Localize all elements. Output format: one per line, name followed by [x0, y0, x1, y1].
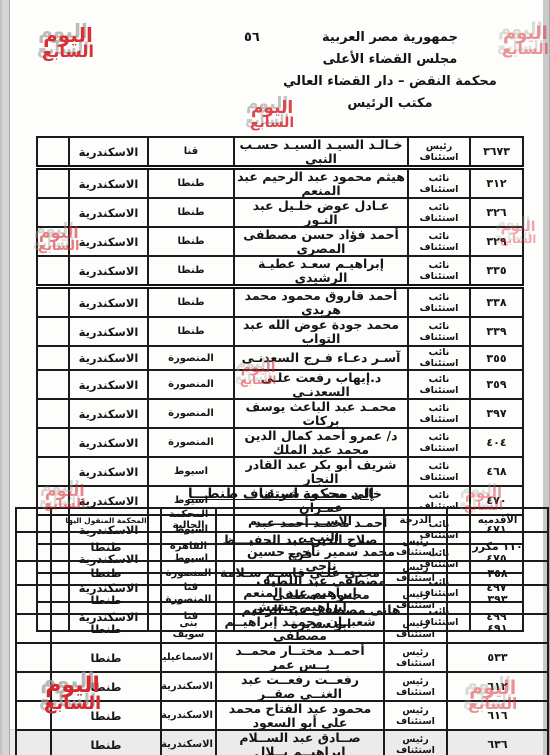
judge-name-cell: أحمد فؤاد حسن مصطفى المصرى: [234, 227, 408, 256]
transfer-to-cell: الاسكندرية: [69, 457, 148, 486]
transfer-to-cell: طنطا: [51, 672, 161, 701]
scanned-court-document: { "page": { "number": "٥٦" }, "header": …: [0, 0, 550, 755]
table-row: ٣٥٨ رئيس استئناف مجدى علـي قاسـم سـلامة …: [16, 561, 548, 585]
current-court-cell: الاسكندرية: [161, 730, 216, 755]
watermark-line1: اليوم: [502, 26, 549, 43]
watermark-line2: السابع: [502, 43, 549, 57]
scan-left-edge: [0, 0, 10, 755]
judge-name-cell: خـالـد السيـد السيـد حسـب النبي: [234, 137, 408, 168]
seniority-cell: ٣٣٨: [470, 287, 523, 318]
grade-cell: رئيس استئناف: [384, 585, 447, 614]
grade-cell: رئيس استئناف: [384, 532, 447, 561]
transfer-to-cell: الاسكندرية: [69, 370, 148, 399]
grade-cell: رئيس استئناف: [408, 137, 470, 168]
seniority-cell: ٣٦٧٣: [470, 137, 523, 168]
judge-name-cell: محمد جودة عوض الله عبد التواب: [234, 317, 408, 346]
seniority-cell: ٤٦٨: [470, 457, 523, 486]
table-row: ٣٣٥ نائب استئناف إبراهيـم سعـد عطيـة الر…: [37, 256, 523, 287]
transfer-to-cell: طنطا: [51, 701, 161, 730]
transfer-to-header: المحكمة المنقول اليها: [51, 508, 161, 532]
grade-cell: رئيس استئناف: [384, 614, 447, 643]
seniority-cell: ٦٣٦: [447, 730, 548, 755]
table-row: ٣٦٧٣ رئيس استئناف خـالـد السيـد السيـد ح…: [37, 137, 523, 168]
empty-cell: [37, 137, 69, 168]
grade-cell: نائب استئناف: [408, 399, 470, 428]
current-court-cell: الاسكندرية: [161, 672, 216, 701]
transfer-to-cell: الاسكندرية: [69, 287, 148, 318]
transfer-to-cell: الاسكندرية: [69, 428, 148, 457]
current-court-cell: طنطا: [148, 198, 234, 227]
current-court-cell: طنطا: [148, 287, 234, 318]
tanta-table-body: ١١٠ مكرر رئيس استئناف صلاح الدين عبد الح…: [16, 532, 548, 755]
judge-name-cell: شعبــان محمــد إبراهيــم مصطفى: [216, 614, 384, 643]
transfer-to-cell: الاسكندرية: [69, 168, 148, 199]
empty-cell: [16, 532, 51, 561]
current-court-cell: المنصورة: [161, 585, 216, 614]
judge-name-cell: محمـد عبد الباعث يوسف بركات: [234, 399, 408, 428]
judge-name-cell: إبراهيـم سعـد عطيـة الرشيدى: [234, 256, 408, 287]
transfer-to-cell: الاسكندرية: [69, 399, 148, 428]
tanta-section-title: إلى محكمة استئناف طنطـــا: [15, 486, 547, 502]
seniority-cell: ٦١٢: [447, 672, 548, 701]
table-row: ٣٩٧ نائب استئناف محمـد عبد الباعث يوسف ب…: [37, 399, 523, 428]
table-row: ٣٣٩ نائب استئناف محمد جودة عوض الله عبد …: [37, 317, 523, 346]
grade-cell: نائب استئناف: [408, 198, 470, 227]
table-row: ٣٢٦ نائب استئناف عـادل عوض خلـيل عبد الن…: [37, 198, 523, 227]
seniority-cell: ٣٣٥: [470, 256, 523, 287]
seniority-cell: ٣٣٩: [470, 317, 523, 346]
table-row: ٥٣٣ رئيس استئناف أحمــد مختــار محمــد ي…: [16, 643, 548, 672]
grade-cell: رئيس استئناف: [384, 730, 447, 755]
table-row: ١١٠ مكرر رئيس استئناف صلاح الدين عبد الح…: [16, 532, 548, 561]
judge-name-cell: أحمــد مختــار محمــد يــس عمر: [216, 643, 384, 672]
table-row: ٦١٢ رئيس استئناف رفعــت رفعــت عبد الغنـ…: [16, 672, 548, 701]
table-row: ٣١٢ نائب استئناف هيثم محمود عبد الرحيم ع…: [37, 168, 523, 199]
grade-cell: نائب استئناف: [408, 168, 470, 199]
empty-cell: [37, 457, 69, 486]
grade-cell: رئيس استئناف: [384, 561, 447, 585]
seniority-header: الأقدميه: [447, 508, 548, 532]
transfer-to-cell: الاسكندرية: [69, 227, 148, 256]
grade-cell: نائب استئناف: [408, 256, 470, 287]
current-court-cell: طنطا: [148, 317, 234, 346]
current-court-cell: طنطا: [148, 256, 234, 287]
table-row: ٣٢٩ نائب استئناف أحمد فؤاد حسن مصطفى الم…: [37, 227, 523, 256]
empty-cell: [16, 672, 51, 701]
transfer-to-cell: طنطا: [51, 614, 161, 643]
judge-name-cell: هيثم محمود عبد الرحيم عبد المنعم: [234, 168, 408, 199]
judge-name-cell: آسـر دعـاء فـرج السعدنـى: [234, 346, 408, 370]
youm7-watermark: اليوم السابع: [42, 26, 94, 59]
transfer-to-cell: طنطا: [51, 643, 161, 672]
transfer-to-cell: طنطا: [51, 585, 161, 614]
seniority-cell: ٣٥٨: [447, 561, 548, 585]
empty-cell: [37, 346, 69, 370]
judge-name-cell: د.إيهاب رفعت علـى السعدنـى: [234, 370, 408, 399]
current-court-cell: المنصورة: [161, 561, 216, 585]
grade-cell: نائب استئناف: [408, 370, 470, 399]
current-court-cell: المنصورة: [148, 428, 234, 457]
table-row: ٦٣٦ رئيس استئناف صــادق عبد الســلام إبر…: [16, 730, 548, 755]
empty-cell: [16, 614, 51, 643]
youm7-watermark: اليوم السابع: [502, 26, 549, 56]
empty-cell: [37, 227, 69, 256]
watermark-line1: اليوم: [42, 26, 94, 44]
grade-cell: نائب استئناف: [408, 457, 470, 486]
seniority-cell: ٣٢٦: [470, 198, 523, 227]
empty-cell: [37, 168, 69, 199]
seniority-cell: ٣٩٣: [447, 585, 548, 614]
seniority-cell: ٤٩١: [447, 614, 548, 643]
grade-cell: رئيس استئناف: [384, 643, 447, 672]
table-row: ٤٠٤ نائب استئناف د/ عمرو أحمد كمال الدين…: [37, 428, 523, 457]
judge-name-cell: صــادق عبد الســلام إبراهيــم بــلال: [216, 730, 384, 755]
seniority-cell: ١١٠ مكرر: [447, 532, 548, 561]
grade-cell: نائب استئناف: [408, 287, 470, 318]
transfer-to-cell: الاسكندرية: [69, 256, 148, 287]
transfer-to-cell: الاسكندرية: [69, 198, 148, 227]
judge-name-cell: مجدى علـي قاسـم سـلامة: [216, 561, 384, 585]
current-court-cell: المنصورة: [148, 370, 234, 399]
current-court-cell: بنى سويف: [161, 614, 216, 643]
judge-name-cell: أحمد فاروق محمود محمد هريدى: [234, 287, 408, 318]
transfer-to-cell: الاسكندرية: [69, 346, 148, 370]
transfer-to-cell: الاسكندرية: [69, 137, 148, 168]
empty-cell: [16, 701, 51, 730]
empty-cell: [16, 561, 51, 585]
grade-cell: رئيس استئناف: [384, 701, 447, 730]
page-number: ٥٦: [244, 30, 260, 45]
table-row: ٣٥٩ نائب استئناف د.إيهاب رفعت علـى السعد…: [37, 370, 523, 399]
seniority-cell: ٣٥٥: [470, 346, 523, 370]
table-row: ٣٥٥ نائب استئناف آسـر دعـاء فـرج السعدنـ…: [37, 346, 523, 370]
current-court-cell: الاسماعيلية: [161, 643, 216, 672]
current-court-cell: القاهرة: [161, 532, 216, 561]
seniority-cell: ٣٩٧: [470, 399, 523, 428]
letterhead-council: مجلس القضاء الأعلى: [280, 49, 500, 71]
empty-cell: [37, 198, 69, 227]
empty-cell: [37, 399, 69, 428]
grade-cell: نائب استئناف: [408, 317, 470, 346]
seniority-cell: ٥٣٣: [447, 643, 548, 672]
judge-name-cell: رفعــت رفعــت عبد الغنــى صقــر: [216, 672, 384, 701]
empty-cell: [37, 317, 69, 346]
grade-cell: رئيس استئناف: [384, 672, 447, 701]
empty-cell: [37, 256, 69, 287]
empty-cell: [16, 643, 51, 672]
grade-cell: نائب استئناف: [408, 346, 470, 370]
seniority-cell: ٤٠٤: [470, 428, 523, 457]
table-row: ٣٩٣ رئيس استئناف إبراهيم عبد المنعم إبرا…: [16, 585, 548, 614]
current-court-cell: طنطا: [148, 168, 234, 199]
current-court-cell: المنصورة: [148, 346, 234, 370]
judge-name-cell: إبراهيم عبد المنعم إبراهيم حشيش: [216, 585, 384, 614]
header-row: الأقدميه الدرجة الاســــــــــــــــم ال…: [16, 508, 548, 532]
watermark-line2: السابع: [250, 117, 294, 130]
current-court-cell: المنصورة: [148, 399, 234, 428]
current-court-cell: الاسكندرية: [161, 701, 216, 730]
name-header: الاســــــــــــــــم: [216, 508, 384, 532]
table-row: ٦١٦ رئيس استئناف محمود عبد الفتاح محمد ع…: [16, 701, 548, 730]
seniority-cell: ٣٥٩: [470, 370, 523, 399]
current-court-cell: اسيوط: [148, 457, 234, 486]
seniority-cell: ٣١٢: [470, 168, 523, 199]
transfer-to-cell: طنطا: [51, 532, 161, 561]
seniority-cell: ٦١٦: [447, 701, 548, 730]
empty-cell: [16, 585, 51, 614]
tanta-transfer-table: الأقدميه الدرجة الاســــــــــــــــم ال…: [15, 507, 549, 755]
current-court-cell: قنا: [148, 137, 234, 168]
current-court-header: المحكمة الحالية: [161, 508, 216, 532]
letterhead: جمهورية مصر العربية مجلس القضاء الأعلى م…: [280, 27, 500, 115]
seniority-cell: ٣٢٩: [470, 227, 523, 256]
current-court-cell: طنطا: [148, 227, 234, 256]
judge-name-cell: د/ عمرو أحمد كمال الدين محمد عبد الملك: [234, 428, 408, 457]
watermark-line2: السابع: [42, 44, 94, 59]
judge-name-cell: محمود عبد الفتاح محمد على أبو السعود: [216, 701, 384, 730]
judge-name-cell: صلاح الدين عبد الحفيـــظ فرج: [216, 532, 384, 561]
judge-name-cell: شريف أبو بكر عبد القادر النجار: [234, 457, 408, 486]
judge-name-cell: عـادل عوض خلـيل عبد النـور: [234, 198, 408, 227]
empty-cell: [37, 428, 69, 457]
letterhead-court: محكمة النقض – دار القضاء العالي: [280, 71, 500, 93]
table-row: ٤٩١ رئيس استئناف شعبــان محمــد إبراهيــ…: [16, 614, 548, 643]
transfer-to-cell: طنطا: [51, 730, 161, 755]
tanta-table-header: الأقدميه الدرجة الاســــــــــــــــم ال…: [16, 508, 548, 532]
empty-cell: [37, 287, 69, 318]
transfer-to-cell: طنطا: [51, 561, 161, 585]
table-row: ٤٦٨ نائب استئناف شريف أبو بكر عبد القادر…: [37, 457, 523, 486]
grade-header: الدرجة: [384, 508, 447, 532]
grade-cell: نائب استئناف: [408, 428, 470, 457]
empty-header-cell: [16, 508, 51, 532]
table-row: ٣٣٨ نائب استئناف أحمد فاروق محمود محمد ه…: [37, 287, 523, 318]
empty-cell: [37, 370, 69, 399]
empty-cell: [16, 730, 51, 755]
letterhead-country: جمهورية مصر العربية: [280, 27, 500, 49]
transfer-to-cell: الاسكندرية: [69, 317, 148, 346]
grade-cell: نائب استئناف: [408, 227, 470, 256]
letterhead-office: مكتب الرئيس: [280, 93, 500, 115]
